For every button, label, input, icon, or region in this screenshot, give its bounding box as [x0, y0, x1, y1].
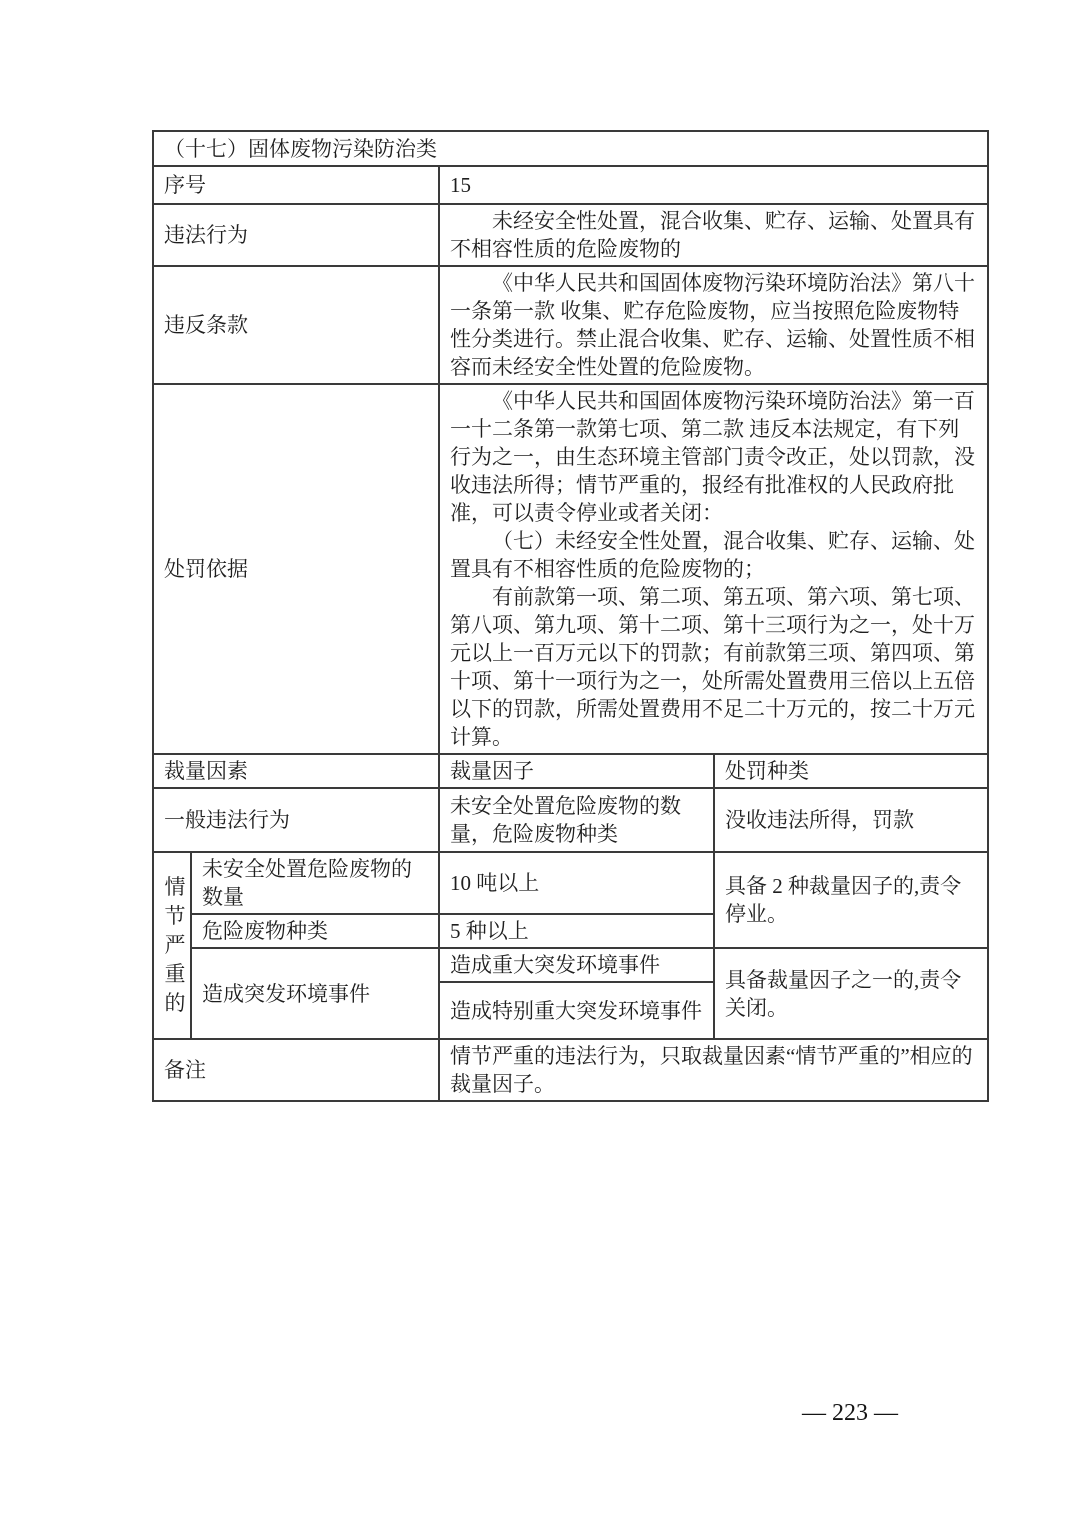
serious-row2-factor: 危险废物种类	[191, 914, 439, 948]
general-violation-label: 一般违法行为	[153, 788, 439, 852]
illegal-act-text: 未经安全性处置，混合收集、贮存、运输、处置具有不相容性质的危险废物的	[450, 207, 977, 263]
illegal-act-label: 违法行为	[153, 204, 439, 266]
serious-row3-value-1: 造成重大突发环境事件	[439, 948, 714, 982]
serial-label: 序号	[153, 166, 439, 204]
penalty-type-header: 处罚种类	[714, 754, 988, 788]
general-violation-factor: 未安全处置危险废物的数量，危险废物种类	[439, 788, 714, 852]
violated-clause-text: 《中华人民共和国固体废物污染环境防治法》第八十一条第一款 收集、贮存危险废物，应…	[450, 269, 977, 381]
illegal-act-value: 未经安全性处置，混合收集、贮存、运输、处置具有不相容性质的危险废物的	[439, 204, 988, 266]
serious-row1-factor: 未安全处置危险废物的数量	[191, 852, 439, 914]
regulation-table: （十七）固体废物污染防治类 序号 15 违法行为 未经安全性处置，混合收集、贮存…	[152, 130, 989, 1102]
serious-row3-factor: 造成突发环境事件	[191, 948, 439, 1039]
remarks-value: 情节严重的违法行为，只取裁量因素“情节严重的”相应的裁量因子。	[439, 1039, 988, 1101]
penalty-basis-paragraph-1: 《中华人民共和国固体废物污染环境防治法》第一百一十二条第一款第七项、第二款 违反…	[450, 387, 977, 527]
violated-clause-value: 《中华人民共和国固体废物污染环境防治法》第八十一条第一款 收集、贮存危险废物，应…	[439, 266, 988, 384]
penalty-basis-label: 处罚依据	[153, 384, 439, 754]
serial-value: 15	[439, 166, 988, 204]
remarks-label: 备注	[153, 1039, 439, 1101]
page-number: — 223 —	[770, 1400, 930, 1427]
category-header: （十七）固体废物污染防治类	[153, 131, 988, 166]
penalty-basis-value: 《中华人民共和国固体废物污染环境防治法》第一百一十二条第一款第七项、第二款 违反…	[439, 384, 988, 754]
discretion-subfactor-header: 裁量因子	[439, 754, 714, 788]
penalty-basis-paragraph-3: 有前款第一项、第二项、第五项、第六项、第七项、第八项、第九项、第十二项、第十三项…	[450, 583, 977, 751]
penalty-basis-paragraph-2: （七）未经安全性处置，混合收集、贮存、运输、处置具有不相容性质的危险废物的；	[450, 527, 977, 583]
serious-row1-value: 10 吨以上	[439, 852, 714, 914]
serious-penalty-1: 具备 2 种裁量因子的,责令停业。	[714, 852, 988, 948]
serious-section-label: 情节严重的	[153, 852, 191, 1039]
serious-row2-value: 5 种以上	[439, 914, 714, 948]
serious-section-label-text: 情节严重的	[164, 873, 186, 1018]
violated-clause-label: 违反条款	[153, 266, 439, 384]
serious-penalty-2: 具备裁量因子之一的,责令关闭。	[714, 948, 988, 1039]
general-violation-penalty: 没收违法所得，罚款	[714, 788, 988, 852]
discretion-factor-header: 裁量因素	[153, 754, 439, 788]
serious-row3-value-2: 造成特别重大突发环境事件	[439, 982, 714, 1039]
